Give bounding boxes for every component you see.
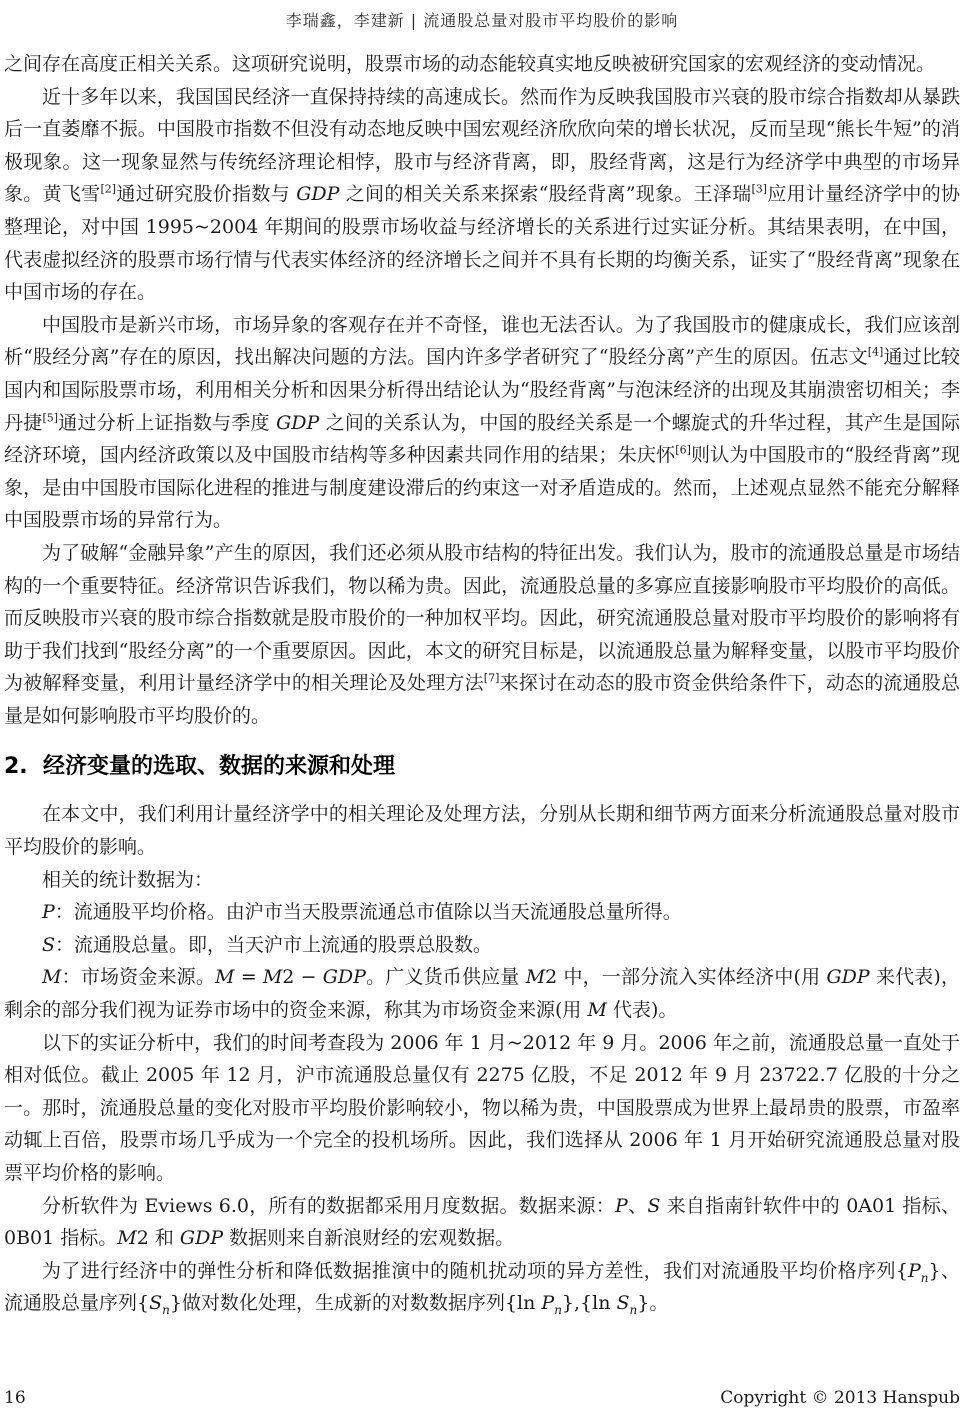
text-run: P bbox=[541, 1292, 554, 1314]
paragraph: 相关的统计数据为： bbox=[4, 864, 960, 897]
text-run: 之间存在高度正相关关系。这项研究说明，股票市场的动态能较真实地反映被研究国家的宏… bbox=[4, 53, 935, 75]
paragraph: 近十多年以来，我国国民经济一直保持持续的高速成长。然而作为反映我国股市兴衰的股市… bbox=[4, 81, 960, 309]
text-run: 分析软件为 Eviews 6.0，所有的数据都采用月度数据。数据来源： bbox=[42, 1195, 615, 1217]
text-run: 代表)。 bbox=[607, 999, 677, 1021]
text-run: },{ln bbox=[562, 1292, 617, 1314]
text-run: GDP bbox=[276, 412, 319, 434]
text-run: GDP bbox=[323, 966, 366, 988]
paper-page: 李瑞鑫，李建新 | 流通股总量对股市平均股价的影响 之间存在高度正相关关系。这项… bbox=[0, 0, 964, 1414]
text-run: 、 bbox=[628, 1195, 648, 1217]
text-run: 相关的统计数据为： bbox=[42, 869, 213, 891]
copyright-notice: Copyright © 2013 Hanspub bbox=[720, 1388, 960, 1408]
text-run: 通过分析上证指数与季度 bbox=[58, 412, 276, 434]
text-run: 。广义货币供应量 bbox=[366, 966, 526, 988]
text-run: 数据则来自新浪财经的宏观数据。 bbox=[223, 1227, 514, 1249]
text-run: M bbox=[526, 966, 545, 988]
paragraph: 之间存在高度正相关关系。这项研究说明，股票市场的动态能较真实地反映被研究国家的宏… bbox=[4, 48, 960, 81]
paragraph: 以下的实证分析中，我们的时间考查段为 2006 年 1 月~2012 年 9 月… bbox=[4, 1027, 960, 1190]
paragraph: P：流通股平均价格。由沪市当天股票流通总市值除以当天流通股总量所得。 bbox=[4, 896, 960, 929]
citation-ref: [4] bbox=[868, 346, 884, 359]
paragraph: 分析软件为 Eviews 6.0，所有的数据都采用月度数据。数据来源：P、S 来… bbox=[4, 1190, 960, 1255]
text-run: 2 和 bbox=[137, 1227, 180, 1249]
section-heading: 2. 经济变量的选取、数据的来源和处理 bbox=[4, 752, 960, 782]
text-run: S bbox=[42, 934, 55, 956]
citation-ref: [5] bbox=[42, 411, 58, 424]
text-run: 以下的实证分析中，我们的时间考查段为 2006 年 1 月~2012 年 9 月… bbox=[4, 1032, 960, 1184]
text-run: GDP bbox=[826, 966, 869, 988]
text-run: GDP bbox=[180, 1227, 223, 1249]
citation-ref: [3] bbox=[752, 183, 768, 196]
paragraph: 为了破解“金融异象”产生的原因，我们还必须从股市结构的特征出发。我们认为，股市的… bbox=[4, 537, 960, 733]
text-run: 之间的相关关系来探索“股经背离”现象。王泽瑞 bbox=[339, 183, 751, 205]
text-run: M bbox=[42, 966, 61, 988]
section2-paragraphs: 在本文中，我们利用计量经济学中的相关理论及处理方法，分别从长期和细节两方面来分析… bbox=[4, 798, 960, 1320]
text-run: ：市场资金来源。 bbox=[61, 966, 215, 988]
text-run: }做对数化处理，生成新的对数数据序列{ln bbox=[170, 1292, 542, 1314]
text-run: 通过研究股价指数与 bbox=[116, 183, 296, 205]
paragraph: S：流通股总量。即，当天沪市上流通的股票总股数。 bbox=[4, 929, 960, 962]
text-run: M bbox=[215, 966, 234, 988]
page-footer: 16 Copyright © 2013 Hanspub bbox=[4, 1388, 960, 1408]
text-run: P bbox=[42, 901, 55, 923]
citation-ref: [6] bbox=[675, 444, 691, 457]
paragraph: M：市场资金来源。M = M2 − GDP。广义货币供应量 M2 中，一部分流入… bbox=[4, 961, 960, 1026]
article-body: 之间存在高度正相关关系。这项研究说明，股票市场的动态能较真实地反映被研究国家的宏… bbox=[4, 48, 960, 1320]
text-run: M bbox=[263, 966, 282, 988]
page-number: 16 bbox=[4, 1388, 26, 1408]
text-run: GDP bbox=[296, 183, 339, 205]
text-run: ：流通股平均价格。由沪市当天股票流通总市值除以当天流通股总量所得。 bbox=[55, 901, 682, 923]
citation-ref: [7] bbox=[484, 672, 500, 685]
text-run: 2 中，一部分流入实体经济中(用 bbox=[545, 966, 826, 988]
text-run: }。 bbox=[637, 1292, 668, 1314]
text-run: S bbox=[617, 1292, 630, 1314]
text-run: M bbox=[117, 1227, 136, 1249]
text-run: 为了进行经济中的弹性分析和降低数据推演中的随机扰动项的异方差性，我们对流通股平均… bbox=[42, 1260, 908, 1282]
paragraph: 中国股市是新兴市场，市场异象的客观存在并不奇怪，谁也无法否认。为了我国股市的健康… bbox=[4, 309, 960, 537]
text-run: P bbox=[615, 1195, 628, 1217]
subscript-var: n bbox=[921, 1271, 929, 1285]
text-run: 中国股市是新兴市场，市场异象的客观存在并不奇怪，谁也无法否认。为了我国股市的健康… bbox=[4, 314, 960, 369]
text-run: P bbox=[908, 1260, 921, 1282]
citation-ref: [2] bbox=[100, 183, 116, 196]
subscript-var: n bbox=[554, 1303, 562, 1317]
paragraph: 在本文中，我们利用计量经济学中的相关理论及处理方法，分别从长期和细节两方面来分析… bbox=[4, 798, 960, 863]
text-run: 2 − bbox=[282, 966, 322, 988]
paragraph: 为了进行经济中的弹性分析和降低数据推演中的随机扰动项的异方差性，我们对流通股平均… bbox=[4, 1255, 960, 1320]
text-run: ：流通股总量。即，当天沪市上流通的股票总股数。 bbox=[55, 934, 492, 956]
subscript-var: n bbox=[162, 1303, 170, 1317]
text-run: S bbox=[149, 1292, 162, 1314]
text-run: = bbox=[234, 966, 262, 988]
running-header: 李瑞鑫，李建新 | 流通股总量对股市平均股价的影响 bbox=[0, 8, 964, 31]
text-run: 在本文中，我们利用计量经济学中的相关理论及处理方法，分别从长期和细节两方面来分析… bbox=[4, 803, 960, 858]
intro-paragraphs: 之间存在高度正相关关系。这项研究说明，股票市场的动态能较真实地反映被研究国家的宏… bbox=[4, 48, 960, 732]
text-run: S bbox=[647, 1195, 660, 1217]
text-run: M bbox=[587, 999, 606, 1021]
